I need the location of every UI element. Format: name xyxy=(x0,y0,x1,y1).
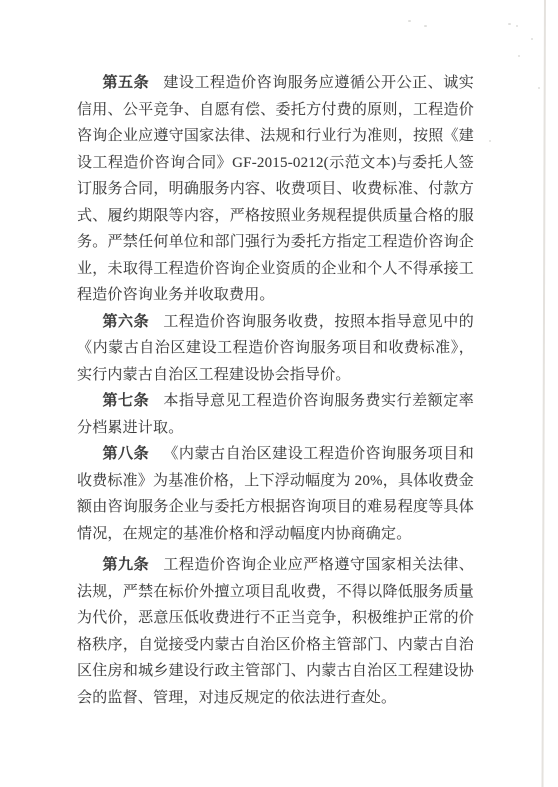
article-text: 工程造价咨询企业应严格遵守国家相关法律、法规，严禁在标价外擅立项目乱收费，不得以… xyxy=(77,557,474,706)
scanned-document-page: 第五条建设工程造价咨询服务应遵循公开公正、诚实信用、公平竞争、自愿有偿、委托方付… xyxy=(0,0,558,787)
article-paragraph-6: 第六条工程造价咨询服务收费，按照本指导意见中的《内蒙古自治区建设工程造价咨询服务… xyxy=(77,309,474,389)
article-number: 第六条 xyxy=(103,314,150,330)
scan-speck xyxy=(408,20,411,22)
scan-speck xyxy=(518,55,520,57)
scan-speck xyxy=(424,25,427,27)
article-number: 第七条 xyxy=(103,393,150,409)
document-body: 第五条建设工程造价咨询服务应遵循公开公正、诚实信用、公平竞争、自愿有偿、委托方付… xyxy=(77,70,474,711)
scan-edge-line xyxy=(541,0,546,787)
article-number: 第九条 xyxy=(103,557,150,573)
article-paragraph-7: 第七条本指导意见工程造价咨询服务费实行差额定率分档累进计取。 xyxy=(77,388,474,441)
article-paragraph-8: 第八条《内蒙古自治区建设工程造价咨询服务项目和收费标准》为基准价格，上下浮动幅度… xyxy=(77,441,474,547)
scan-speck xyxy=(489,140,491,142)
scan-speck xyxy=(531,38,533,40)
article-paragraph-5: 第五条建设工程造价咨询服务应遵循公开公正、诚实信用、公平竞争、自愿有偿、委托方付… xyxy=(77,70,474,309)
scan-speck xyxy=(538,87,540,89)
scan-speck xyxy=(508,23,511,25)
scan-speck xyxy=(516,25,518,27)
article-number: 第八条 xyxy=(103,446,150,462)
article-paragraph-9: 第九条工程造价咨询企业应严格遵守国家相关法律、法规，严禁在标价外擅立项目乱收费，… xyxy=(77,552,474,711)
article-text: 建设工程造价咨询服务应遵循公开公正、诚实信用、公平竞争、自愿有偿、委托方付费的原… xyxy=(77,75,474,303)
article-number: 第五条 xyxy=(103,75,150,91)
